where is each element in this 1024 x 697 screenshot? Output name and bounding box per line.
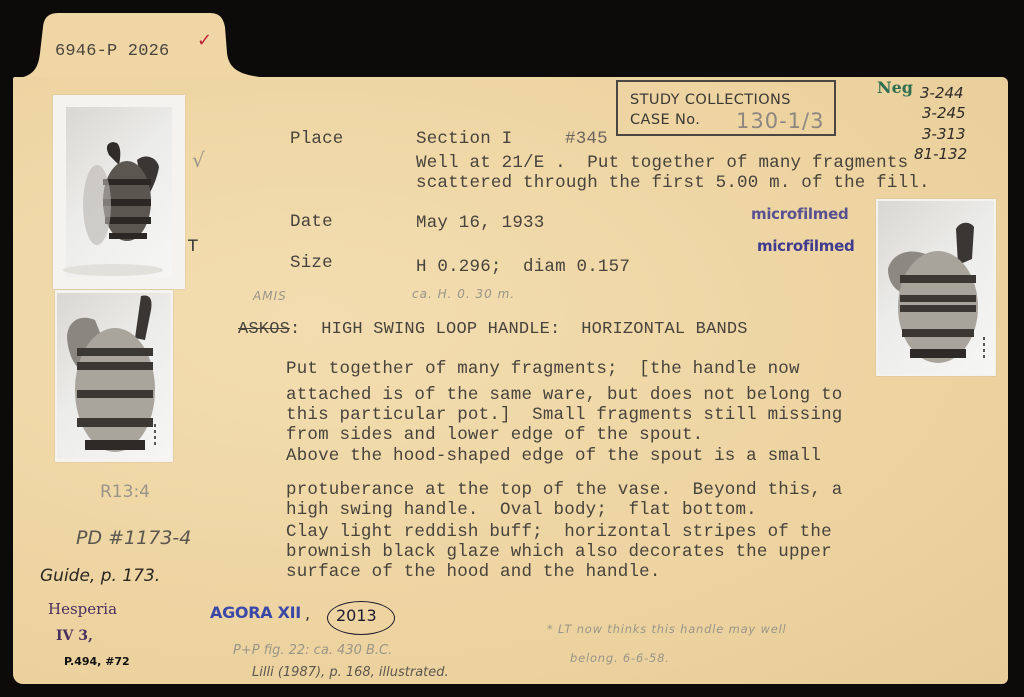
place-number: #345 bbox=[565, 129, 608, 149]
pencil-check-mark: √ bbox=[192, 148, 205, 172]
neg-number-1: 3-244 bbox=[920, 84, 964, 102]
pencil-t-mark: T bbox=[188, 236, 198, 255]
case-number: 130-1/3 bbox=[736, 109, 824, 133]
agora-comma: , bbox=[305, 604, 310, 623]
askos-side-icon bbox=[53, 95, 185, 289]
pp-fig-note: P+P fig. 22: ca. 430 B.C. bbox=[233, 643, 392, 658]
title-struck-word: ASKOS bbox=[238, 320, 290, 339]
place-section: Section I bbox=[416, 129, 512, 149]
pencil-amis: AMIS bbox=[253, 289, 287, 303]
description-line-8: Clay light reddish buff; horizontal stri… bbox=[286, 522, 832, 542]
size-value: H 0.296; diam 0.157 bbox=[416, 257, 630, 277]
lilli-note: Lilli (1987), p. 168, illustrated. bbox=[252, 665, 449, 680]
object-title: ASKOS: HIGH SWING LOOP HANDLE: HORIZONTA… bbox=[238, 320, 748, 339]
description-line-3: this particular pot.] Small fragments st… bbox=[286, 405, 843, 425]
place-line-3: scattered through the first 5.00 m. of t… bbox=[416, 173, 930, 193]
catalog-number: 6946-P 2026 bbox=[55, 42, 169, 61]
pencil-approx-height: ca. H. 0. 30 m. bbox=[412, 287, 515, 301]
guide-note: Guide, p. 173. bbox=[40, 566, 160, 586]
photo-askos-right-view bbox=[876, 199, 996, 376]
study-collections-label: STUDY COLLECTIONS bbox=[630, 92, 791, 108]
microfilmed-stamp-1: microfilmed bbox=[751, 205, 848, 223]
description-line-9: brownish black glaze which also decorate… bbox=[286, 542, 832, 562]
neg-label: Neg bbox=[877, 78, 913, 97]
description-line-7: high swing handle. Oval body; flat botto… bbox=[286, 500, 757, 520]
description-line-10: surface of the hood and the handle. bbox=[286, 562, 661, 582]
neg-number-4: 81-132 bbox=[914, 145, 967, 163]
description-line-4: from sides and lower edge of the spout. bbox=[286, 425, 703, 445]
r-code-note: R13:4 bbox=[100, 482, 150, 502]
footnote-line-1: * LT now thinks this handle may well bbox=[547, 622, 787, 636]
case-no-label: CASE No. bbox=[630, 112, 700, 128]
hesperia-note: Hesperia bbox=[48, 600, 117, 618]
neg-number-3: 3-313 bbox=[922, 125, 966, 143]
microfilmed-stamp-2: microfilmed bbox=[757, 237, 854, 255]
size-label: Size bbox=[290, 253, 333, 273]
place-line-2: Well at 21/E . Put together of many frag… bbox=[416, 153, 908, 173]
title-rest: : HIGH SWING LOOP HANDLE: HORIZONTAL BAN… bbox=[290, 320, 748, 339]
footnote-line-2: belong. 6-6-58. bbox=[570, 651, 670, 665]
photo-askos-front-view bbox=[55, 290, 173, 462]
date-label: Date bbox=[290, 212, 333, 232]
hesperia-volume: IV 3, bbox=[56, 628, 93, 644]
description-line-2: attached is of the same ware, but does n… bbox=[286, 385, 843, 405]
red-check-mark: ✓ bbox=[197, 30, 212, 51]
description-line-5: Above the hood-shaped edge of the spout … bbox=[286, 446, 821, 466]
date-value: May 16, 1933 bbox=[416, 213, 544, 233]
agora-number: 2013 bbox=[336, 606, 377, 625]
photo-askos-side-view bbox=[53, 95, 185, 289]
neg-number-2: 3-245 bbox=[922, 104, 966, 122]
study-collections-stamp: STUDY COLLECTIONS CASE No. 130-1/3 bbox=[616, 80, 836, 136]
askos-front-icon bbox=[55, 290, 173, 462]
hesperia-page: P.494, #72 bbox=[64, 655, 130, 668]
description-line-6: protuberance at the top of the vase. Bey… bbox=[286, 480, 843, 500]
askos-right-icon bbox=[876, 199, 996, 376]
agora-xii-stamp: AGORA XII bbox=[210, 603, 301, 622]
description-line-1: Put together of many fragments; [the han… bbox=[286, 359, 800, 379]
place-label: Place bbox=[290, 129, 344, 149]
pd-code-note: PD #1173-4 bbox=[76, 527, 191, 549]
